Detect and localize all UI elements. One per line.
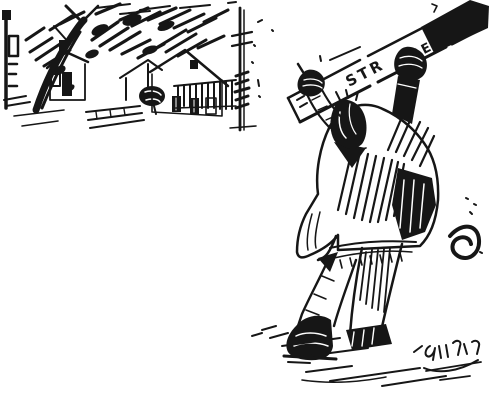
fence bbox=[174, 80, 236, 109]
torso bbox=[297, 105, 438, 272]
coattail-curl bbox=[450, 198, 482, 258]
ink-specks bbox=[252, 20, 273, 97]
man-figure bbox=[284, 47, 482, 363]
ink-drawing: STR SE bbox=[0, 0, 489, 397]
cartoon-illustration: STR SE bbox=[0, 0, 489, 397]
artist-signature bbox=[414, 341, 479, 371]
left-building bbox=[2, 10, 30, 108]
right-arm bbox=[392, 47, 427, 124]
village-scene bbox=[2, 2, 273, 130]
sign-dark-end bbox=[421, 0, 489, 53]
street-sign: STR SE bbox=[288, 0, 489, 122]
telegraph-pole bbox=[230, 8, 256, 130]
